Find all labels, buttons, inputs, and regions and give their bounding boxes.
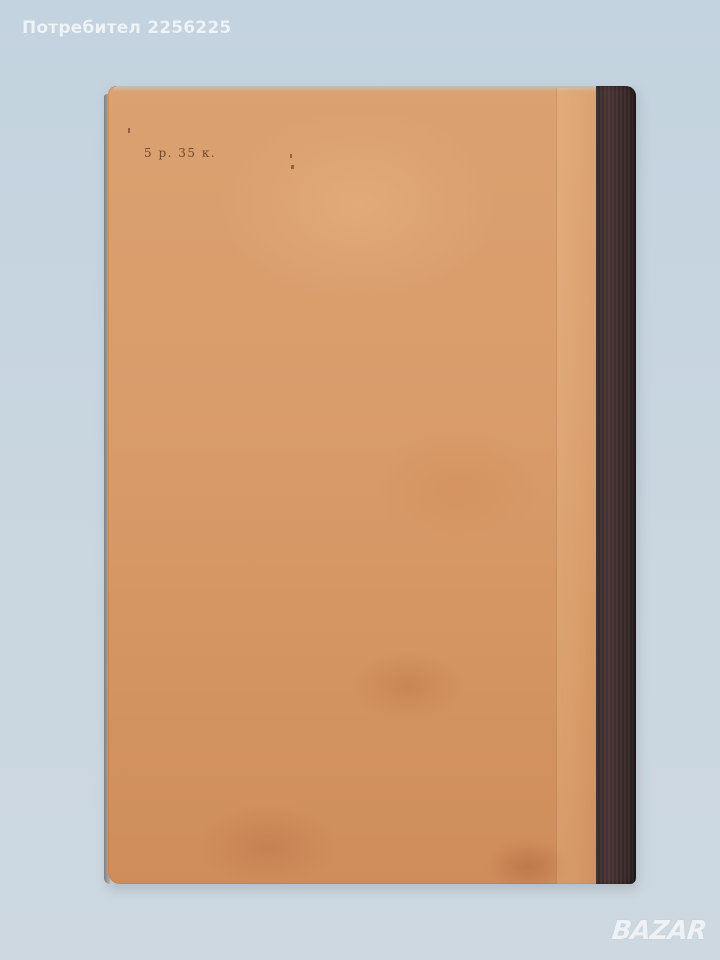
cover-board (108, 86, 598, 884)
ink-mark (290, 154, 292, 158)
user-watermark: Потребител 2256225 (22, 18, 231, 38)
ink-mark (128, 128, 130, 133)
spine-hinge-strip (556, 88, 597, 884)
cloth-spine (596, 86, 636, 884)
price-mark: 5 р. 35 к. (144, 146, 216, 160)
bazar-logo: BAZAR (610, 916, 707, 946)
ink-mark (291, 165, 294, 169)
board-top-edge (112, 86, 597, 92)
book-back-cover (100, 86, 636, 886)
